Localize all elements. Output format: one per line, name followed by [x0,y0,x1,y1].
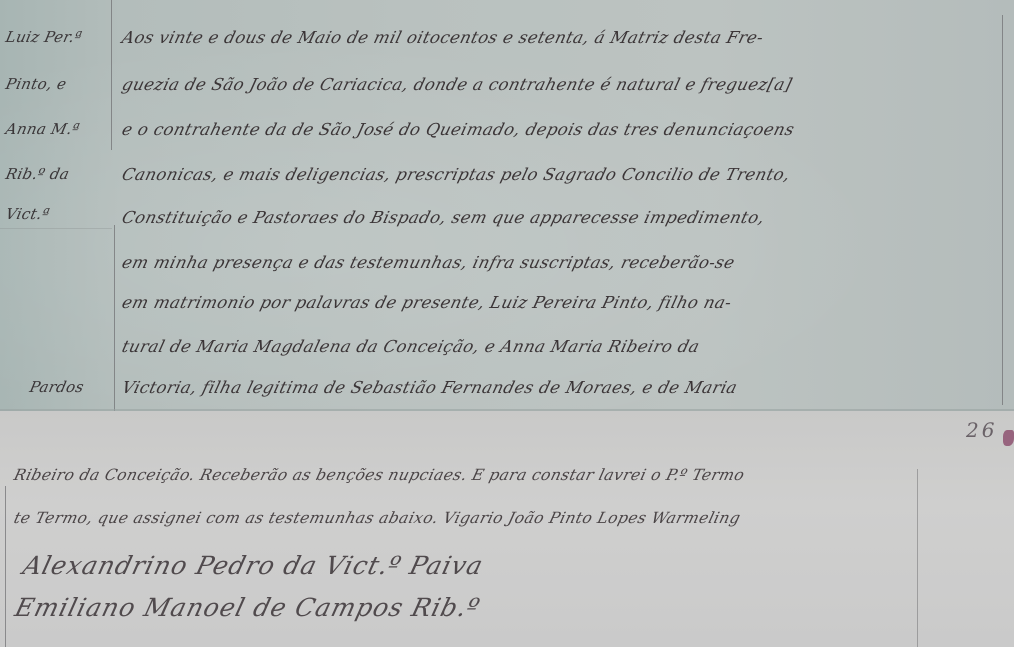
margin-note: Anna M.ª [4,120,81,138]
text-line: te Termo, que assignei com as testemunha… [12,509,742,527]
margin-rule-lower [114,225,115,411]
register-page-bottom-scan: Ribeiro da Conceição. Receberão as bençõ… [0,411,1014,647]
text-line: Victoria, filha legitima de Sebastião Fe… [120,378,739,397]
page-number: 26 [966,418,997,442]
text-line: Canonicas, e mais deligencias, prescript… [120,165,792,184]
left-border-rule [5,486,6,647]
text-line: guezia de São João de Cariacica, donde a… [120,75,794,94]
text-line: em minha presença e das testemunhas, inf… [120,253,737,272]
margin-note: Pardos [28,378,85,396]
text-line: Ribeiro da Conceição. Receberão as bençõ… [12,466,746,484]
margin-note: Luiz Per.ª [4,28,84,46]
right-border-rule [1002,15,1003,405]
inner-right-rule [917,469,918,647]
text-line: Aos vinte e dous de Maio de mil oitocent… [120,28,766,47]
margin-note: Vict.ª [4,205,51,223]
signature-witness-2: Emiliano Manoel de Campos Rib.º [12,593,483,622]
text-line: tural de Maria Magdalena da Conceição, e… [120,337,702,356]
red-ink-mark [1003,430,1014,446]
text-line: em matrimonio por palavras de presente, … [120,293,734,312]
text-line: e o contrahente da de São José do Queima… [120,120,796,139]
margin-note: Pinto, e [4,75,68,93]
text-line: Constituição e Pastoraes do Bispado, sem… [120,208,767,227]
margin-note: Rib.º da [4,165,71,183]
register-page-top-scan: Luiz Per.ª Pinto, e Anna M.ª Rib.º da Vi… [0,0,1014,411]
signature-witness-1: Alexandrino Pedro da Vict.º Paiva [20,551,486,580]
margin-notes: Luiz Per.ª Pinto, e Anna M.ª Rib.º da Vi… [0,0,112,411]
